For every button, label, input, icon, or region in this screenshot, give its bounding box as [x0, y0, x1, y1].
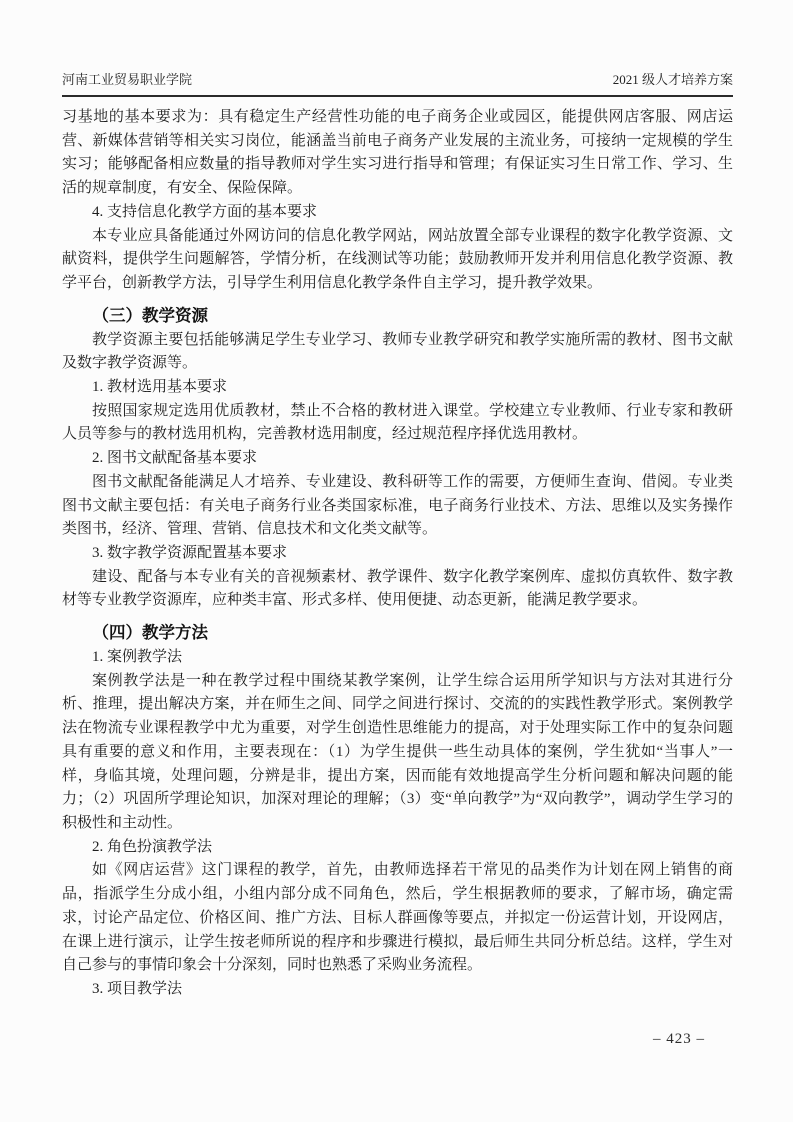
section-heading-teaching-methods: （四）教学方法 — [62, 620, 733, 646]
page-number: – 423 – — [653, 1031, 705, 1047]
subheading-project-teaching-method: 3. 项目教学法 — [62, 978, 733, 1002]
paragraph-textbook-selection: 按照国家规定选用优质教材，禁止不合格的教材进入课堂。学校建立专业教师、行业专家和… — [62, 400, 733, 447]
subheading-roleplay-teaching-method: 2. 角色扮演教学法 — [62, 836, 733, 860]
page-footer: – 423 – — [653, 1031, 705, 1048]
document-body: 习基地的基本要求为：具有稳定生产经营性功能的电子商务企业或园区，能提供网店客服、… — [62, 97, 733, 1002]
paragraph-library-literature: 图书文献配备能满足人才培养、专业建设、教科研等工作的需要，方便师生查询、借阅。专… — [62, 471, 733, 542]
document-page: 河南工业贸易职业学院 2021 级人才培养方案 习基地的基本要求为：具有稳定生产… — [0, 0, 793, 1122]
subheading-digital-resources: 3. 数字教学资源配置基本要求 — [62, 542, 733, 566]
paragraph-teaching-resources-intro: 教学资源主要包括能够满足学生专业学习、教师专业教学研究和教学实施所需的教材、图书… — [62, 329, 733, 376]
paragraph-digital-resources: 建设、配备与本专业有关的音视频素材、教学课件、数字化教学案例库、虚拟仿真软件、数… — [62, 566, 733, 613]
subheading-informatization-teaching: 4. 支持信息化教学方面的基本要求 — [62, 201, 733, 225]
paragraph-roleplay-teaching-method: 如《网店运营》这门课程的教学，首先，由教师选择若干常见的品类作为计划在网上销售的… — [62, 859, 733, 978]
page-header: 河南工业贸易职业学院 2021 级人才培养方案 — [62, 72, 733, 97]
paragraph-case-teaching-method: 案例教学法是一种在教学过程中围绕某教学案例，让学生综合运用所学知识与方法对其进行… — [62, 670, 733, 836]
paragraph-practice-base-requirements: 习基地的基本要求为：具有稳定生产经营性功能的电子商务企业或园区，能提供网店客服、… — [62, 106, 733, 201]
header-doc-title: 2021 级人才培养方案 — [613, 72, 733, 88]
header-school-name: 河南工业贸易职业学院 — [62, 72, 192, 88]
subheading-case-teaching-method: 1. 案例教学法 — [62, 646, 733, 670]
section-heading-teaching-resources: （三）教学资源 — [62, 303, 733, 329]
subheading-library-literature: 2. 图书文献配备基本要求 — [62, 447, 733, 471]
subheading-textbook-selection: 1. 教材选用基本要求 — [62, 376, 733, 400]
paragraph-informatization-teaching: 本专业应具备能通过外网访问的信息化教学网站，网站放置全部专业课程的数字化教学资源… — [62, 225, 733, 296]
